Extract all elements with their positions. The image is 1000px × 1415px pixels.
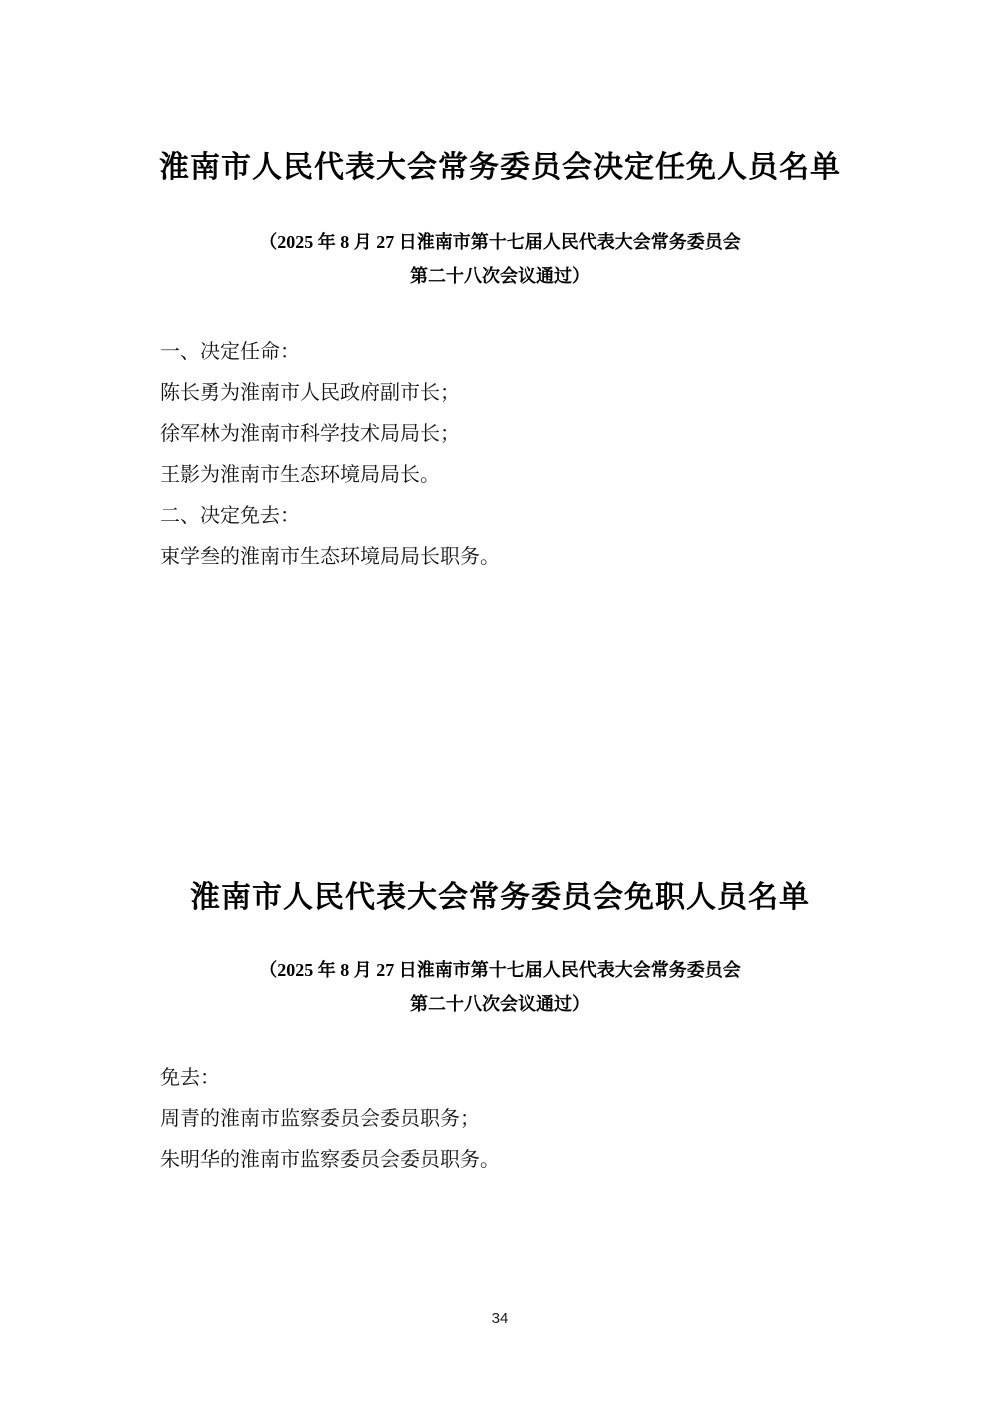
section-body: 免去： 周青的淮南市监察委员会委员职务； 朱明华的淮南市监察委员会委员职务。	[160, 1058, 880, 1181]
body-line: 免去：	[160, 1058, 880, 1099]
body-line: 陈长勇为淮南市人民政府副市长；	[160, 373, 880, 414]
section-subtitle: （2025 年 8 月 27 日淮南市第十七届人民代表大会常务委员会 第二十八次…	[0, 225, 1000, 293]
body-line: 王影为淮南市生态环境局局长。	[160, 455, 880, 496]
body-line: 徐军林为淮南市科学技术局局长；	[160, 414, 880, 455]
subtitle-line: 第二十八次会议通过）	[0, 987, 1000, 1021]
subtitle-line: 第二十八次会议通过）	[0, 259, 1000, 293]
body-line: 二、决定免去：	[160, 496, 880, 537]
document-page: 淮南市人民代表大会常务委员会决定任免人员名单 （2025 年 8 月 27 日淮…	[0, 0, 1000, 1415]
section-body: 一、决定任命： 陈长勇为淮南市人民政府副市长； 徐军林为淮南市科学技术局局长； …	[160, 332, 880, 578]
page-number: 34	[0, 1310, 1000, 1327]
section-subtitle: （2025 年 8 月 27 日淮南市第十七届人民代表大会常务委员会 第二十八次…	[0, 953, 1000, 1021]
body-line: 束学叁的淮南市生态环境局局长职务。	[160, 537, 880, 578]
body-line: 周青的淮南市监察委员会委员职务；	[160, 1099, 880, 1140]
subtitle-line: （2025 年 8 月 27 日淮南市第十七届人民代表大会常务委员会	[0, 225, 1000, 259]
section-title: 淮南市人民代表大会常务委员会免职人员名单	[0, 878, 1000, 918]
body-line: 朱明华的淮南市监察委员会委员职务。	[160, 1140, 880, 1181]
body-line: 一、决定任命：	[160, 332, 880, 373]
subtitle-line: （2025 年 8 月 27 日淮南市第十七届人民代表大会常务委员会	[0, 953, 1000, 987]
section-title: 淮南市人民代表大会常务委员会决定任免人员名单	[0, 148, 1000, 188]
